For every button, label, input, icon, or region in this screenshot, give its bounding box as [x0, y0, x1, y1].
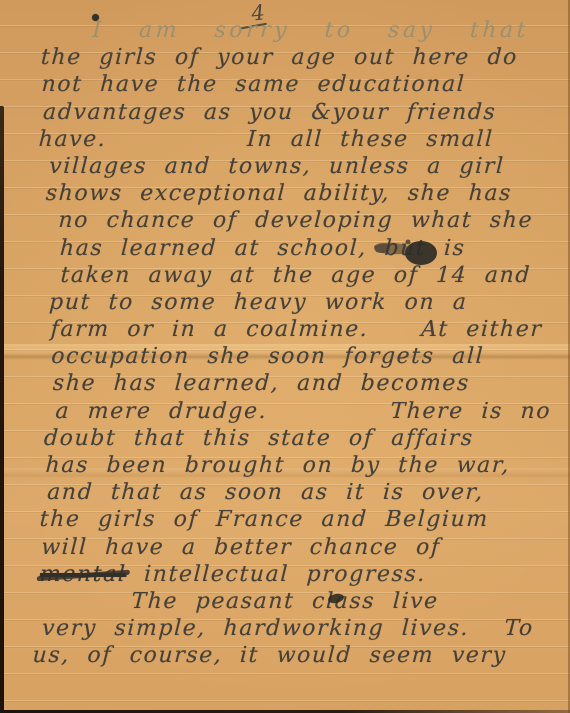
strikethrough-word: mental [39, 561, 127, 588]
letter-line: very simple, hardworking lives. To [0, 615, 556, 642]
letter-line: and that as soon as it is over, [0, 479, 563, 506]
letter-line: has been brought on by the war, [0, 452, 564, 479]
letter-line-text: intellectual progress. [126, 562, 427, 587]
letter-line: not have the same educational [13, 71, 570, 98]
letter-line: a mere drudge. There is no [0, 398, 567, 425]
letter-line: the girls of your age out here do [14, 44, 570, 71]
letter-line: The peasant class live [0, 588, 557, 615]
letter-line: advantages as you &your friends [11, 99, 570, 126]
letter-line: the girls of France and Belgium [0, 506, 561, 533]
letter-line: no chance of developing what she [6, 207, 570, 234]
letter-body: I am sorry to say that the girls of your… [0, 17, 570, 670]
letter-line: she has learned, and becomes [0, 370, 569, 397]
scan-edge-left [0, 106, 4, 713]
letter-line: have. In all these small [10, 126, 570, 153]
letter-line: villages and towns, unless a girl [9, 153, 570, 180]
letter-line: has learned at school, but is [4, 235, 570, 262]
letter-line: farm or in a coalmine. At either [0, 316, 570, 343]
letter-line: doubt that this state of affairs [0, 425, 566, 452]
letter-line: us, of course, it would seem very [0, 642, 554, 669]
letter-line: occupation she soon forgets all [0, 343, 570, 370]
letter-line: shows exceptional ability, she has [7, 180, 570, 207]
letter-page: 4 I am sorry to say that the girls of yo… [0, 0, 570, 713]
letter-line: will have a better chance of [0, 534, 560, 561]
letter-line: put to some heavy work on a [1, 289, 570, 316]
letter-line: I am sorry to say that [16, 17, 570, 44]
letter-line: mental intellectual progress. [0, 561, 559, 588]
letter-line: taken away at the age of 14 and [3, 262, 570, 289]
